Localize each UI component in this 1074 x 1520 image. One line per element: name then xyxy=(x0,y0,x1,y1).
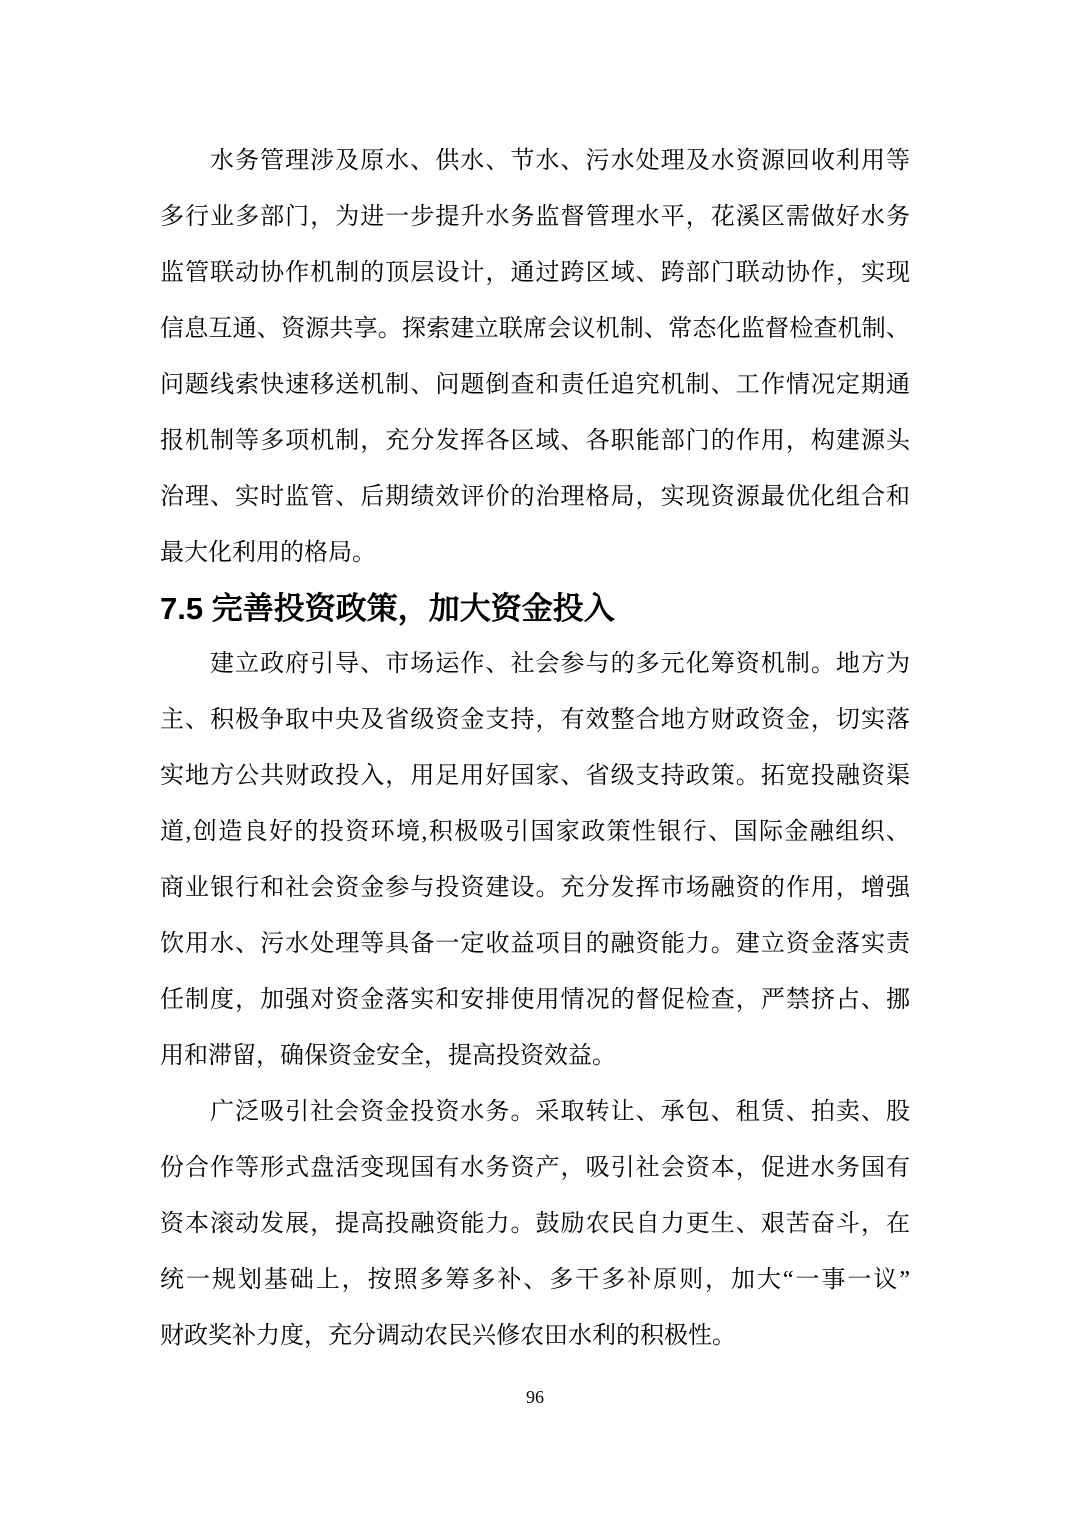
text-line: 主、积极争取中央及省级资金支持，有效整合地方财政资金，切实落 xyxy=(160,692,910,748)
document-page: 水务管理涉及原水、供水、节水、污水处理及水资源回收利用等多行业多部门，为进一步提… xyxy=(0,0,1074,1520)
text-line: 商业银行和社会资金参与投资建设。充分发挥市场融资的作用，增强 xyxy=(160,860,910,916)
text-line: 道,创造良好的投资环境,积极吸引国家政策性银行、国际金融组织、 xyxy=(160,804,910,860)
text-line: 治理、实时监管、后期绩效评价的治理格局，实现资源最优化组合和 xyxy=(160,469,910,525)
text-line: 监管联动协作机制的顶层设计，通过跨区域、跨部门联动协作，实现 xyxy=(160,245,910,301)
document-content: 水务管理涉及原水、供水、节水、污水处理及水资源回收利用等多行业多部门，为进一步提… xyxy=(160,133,910,1364)
text-line: 最大化利用的格局。 xyxy=(160,525,910,581)
text-line: 建立政府引导、市场运作、社会参与的多元化筹资机制。地方为 xyxy=(160,636,910,692)
text-line: 信息互通、资源共享。探索建立联席会议机制、常态化监督检查机制、 xyxy=(160,301,910,357)
text-line: 财政奖补力度，充分调动农民兴修农田水利的积极性。 xyxy=(160,1308,910,1364)
text-line: 广泛吸引社会资金投资水务。采取转让、承包、租赁、拍卖、股 xyxy=(160,1084,910,1140)
text-line: 实地方公共财政投入，用足用好国家、省级支持政策。拓宽投融资渠 xyxy=(160,748,910,804)
para-social-capital: 广泛吸引社会资金投资水务。采取转让、承包、租赁、拍卖、股份合作等形式盘活变现国有… xyxy=(160,1084,910,1364)
text-line: 任制度，加强对资金落实和安排使用情况的督促检查，严禁挤占、挪 xyxy=(160,972,910,1028)
text-line: 问题线索快速移送机制、问题倒查和责任追究机制、工作情况定期通 xyxy=(160,357,910,413)
text-line: 饮用水、污水处理等具备一定收益项目的融资能力。建立资金落实责 xyxy=(160,916,910,972)
text-line: 份合作等形式盘活变现国有水务资产，吸引社会资本，促进水务国有 xyxy=(160,1140,910,1196)
text-line: 用和滞留，确保资金安全，提高投资效益。 xyxy=(160,1028,910,1084)
text-line: 资本滚动发展，提高投融资能力。鼓励农民自力更生、艰苦奋斗，在 xyxy=(160,1196,910,1252)
text-line: 多行业多部门，为进一步提升水务监督管理水平，花溪区需做好水务 xyxy=(160,189,910,245)
para-water-supervision-mechanism: 水务管理涉及原水、供水、节水、污水处理及水资源回收利用等多行业多部门，为进一步提… xyxy=(160,133,910,581)
para-financing-mechanism: 建立政府引导、市场运作、社会参与的多元化筹资机制。地方为主、积极争取中央及省级资… xyxy=(160,636,910,1084)
text-line: 水务管理涉及原水、供水、节水、污水处理及水资源回收利用等 xyxy=(160,133,910,189)
page-number: 96 xyxy=(160,1385,910,1409)
text-line: 统一规划基础上，按照多筹多补、多干多补原则，加大“一事一议” xyxy=(160,1252,910,1308)
text-line: 报机制等多项机制，充分发挥各区域、各职能部门的作用，构建源头 xyxy=(160,413,910,469)
section-heading-7-5: 7.5 完善投资政策，加大资金投入 xyxy=(160,581,910,636)
